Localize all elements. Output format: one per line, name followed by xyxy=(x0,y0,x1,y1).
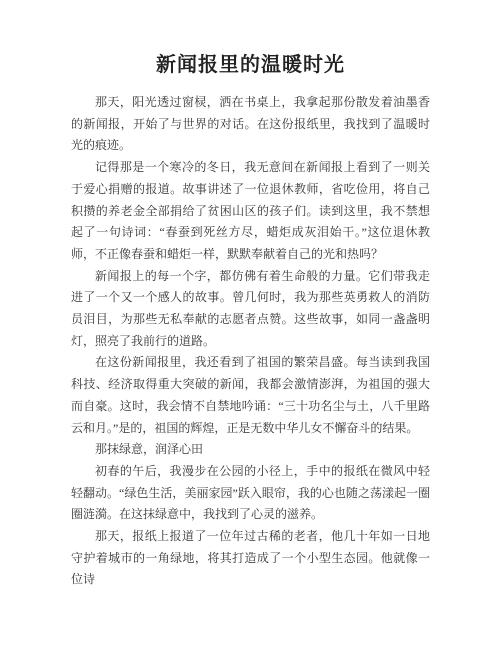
paragraph: 在这份新闻报里，我还看到了祖国的繁荣昌盛。每当读到我国科技、经济取得重大突破的新… xyxy=(71,352,430,439)
paragraph: 那天，阳光透过窗棂，洒在书桌上，我拿起那份散发着油墨香的新闻报，开始了与世界的对… xyxy=(71,92,430,157)
section-subheading: 那抹绿意，润泽心田 xyxy=(71,439,430,461)
paragraph: 初春的午后，我漫步在公园的小径上，手中的报纸在微风中轻轻翻动。“绿色生活，美丽家… xyxy=(71,461,430,526)
document-title: 新闻报里的温暖时光 xyxy=(71,50,430,80)
document-body: 那天，阳光透过窗棂，洒在书桌上，我拿起那份散发着油墨香的新闻报，开始了与世界的对… xyxy=(71,92,430,591)
document-page: 新闻报里的温暖时光 那天，阳光透过窗棂，洒在书桌上，我拿起那份散发着油墨香的新闻… xyxy=(0,0,500,647)
paragraph: 那天，报纸上报道了一位年过古稀的老者，他几十年如一日地守护着城市的一角绿地，将其… xyxy=(71,526,430,591)
paragraph: 记得那是一个寒冷的冬日，我无意间在新闻报上看到了一则关于爱心捐赠的报道。故事讲述… xyxy=(71,157,430,266)
paragraph: 新闻报上的每一个字，都仿佛有着生命般的力量。它们带我走进了一个又一个感人的故事。… xyxy=(71,266,430,353)
